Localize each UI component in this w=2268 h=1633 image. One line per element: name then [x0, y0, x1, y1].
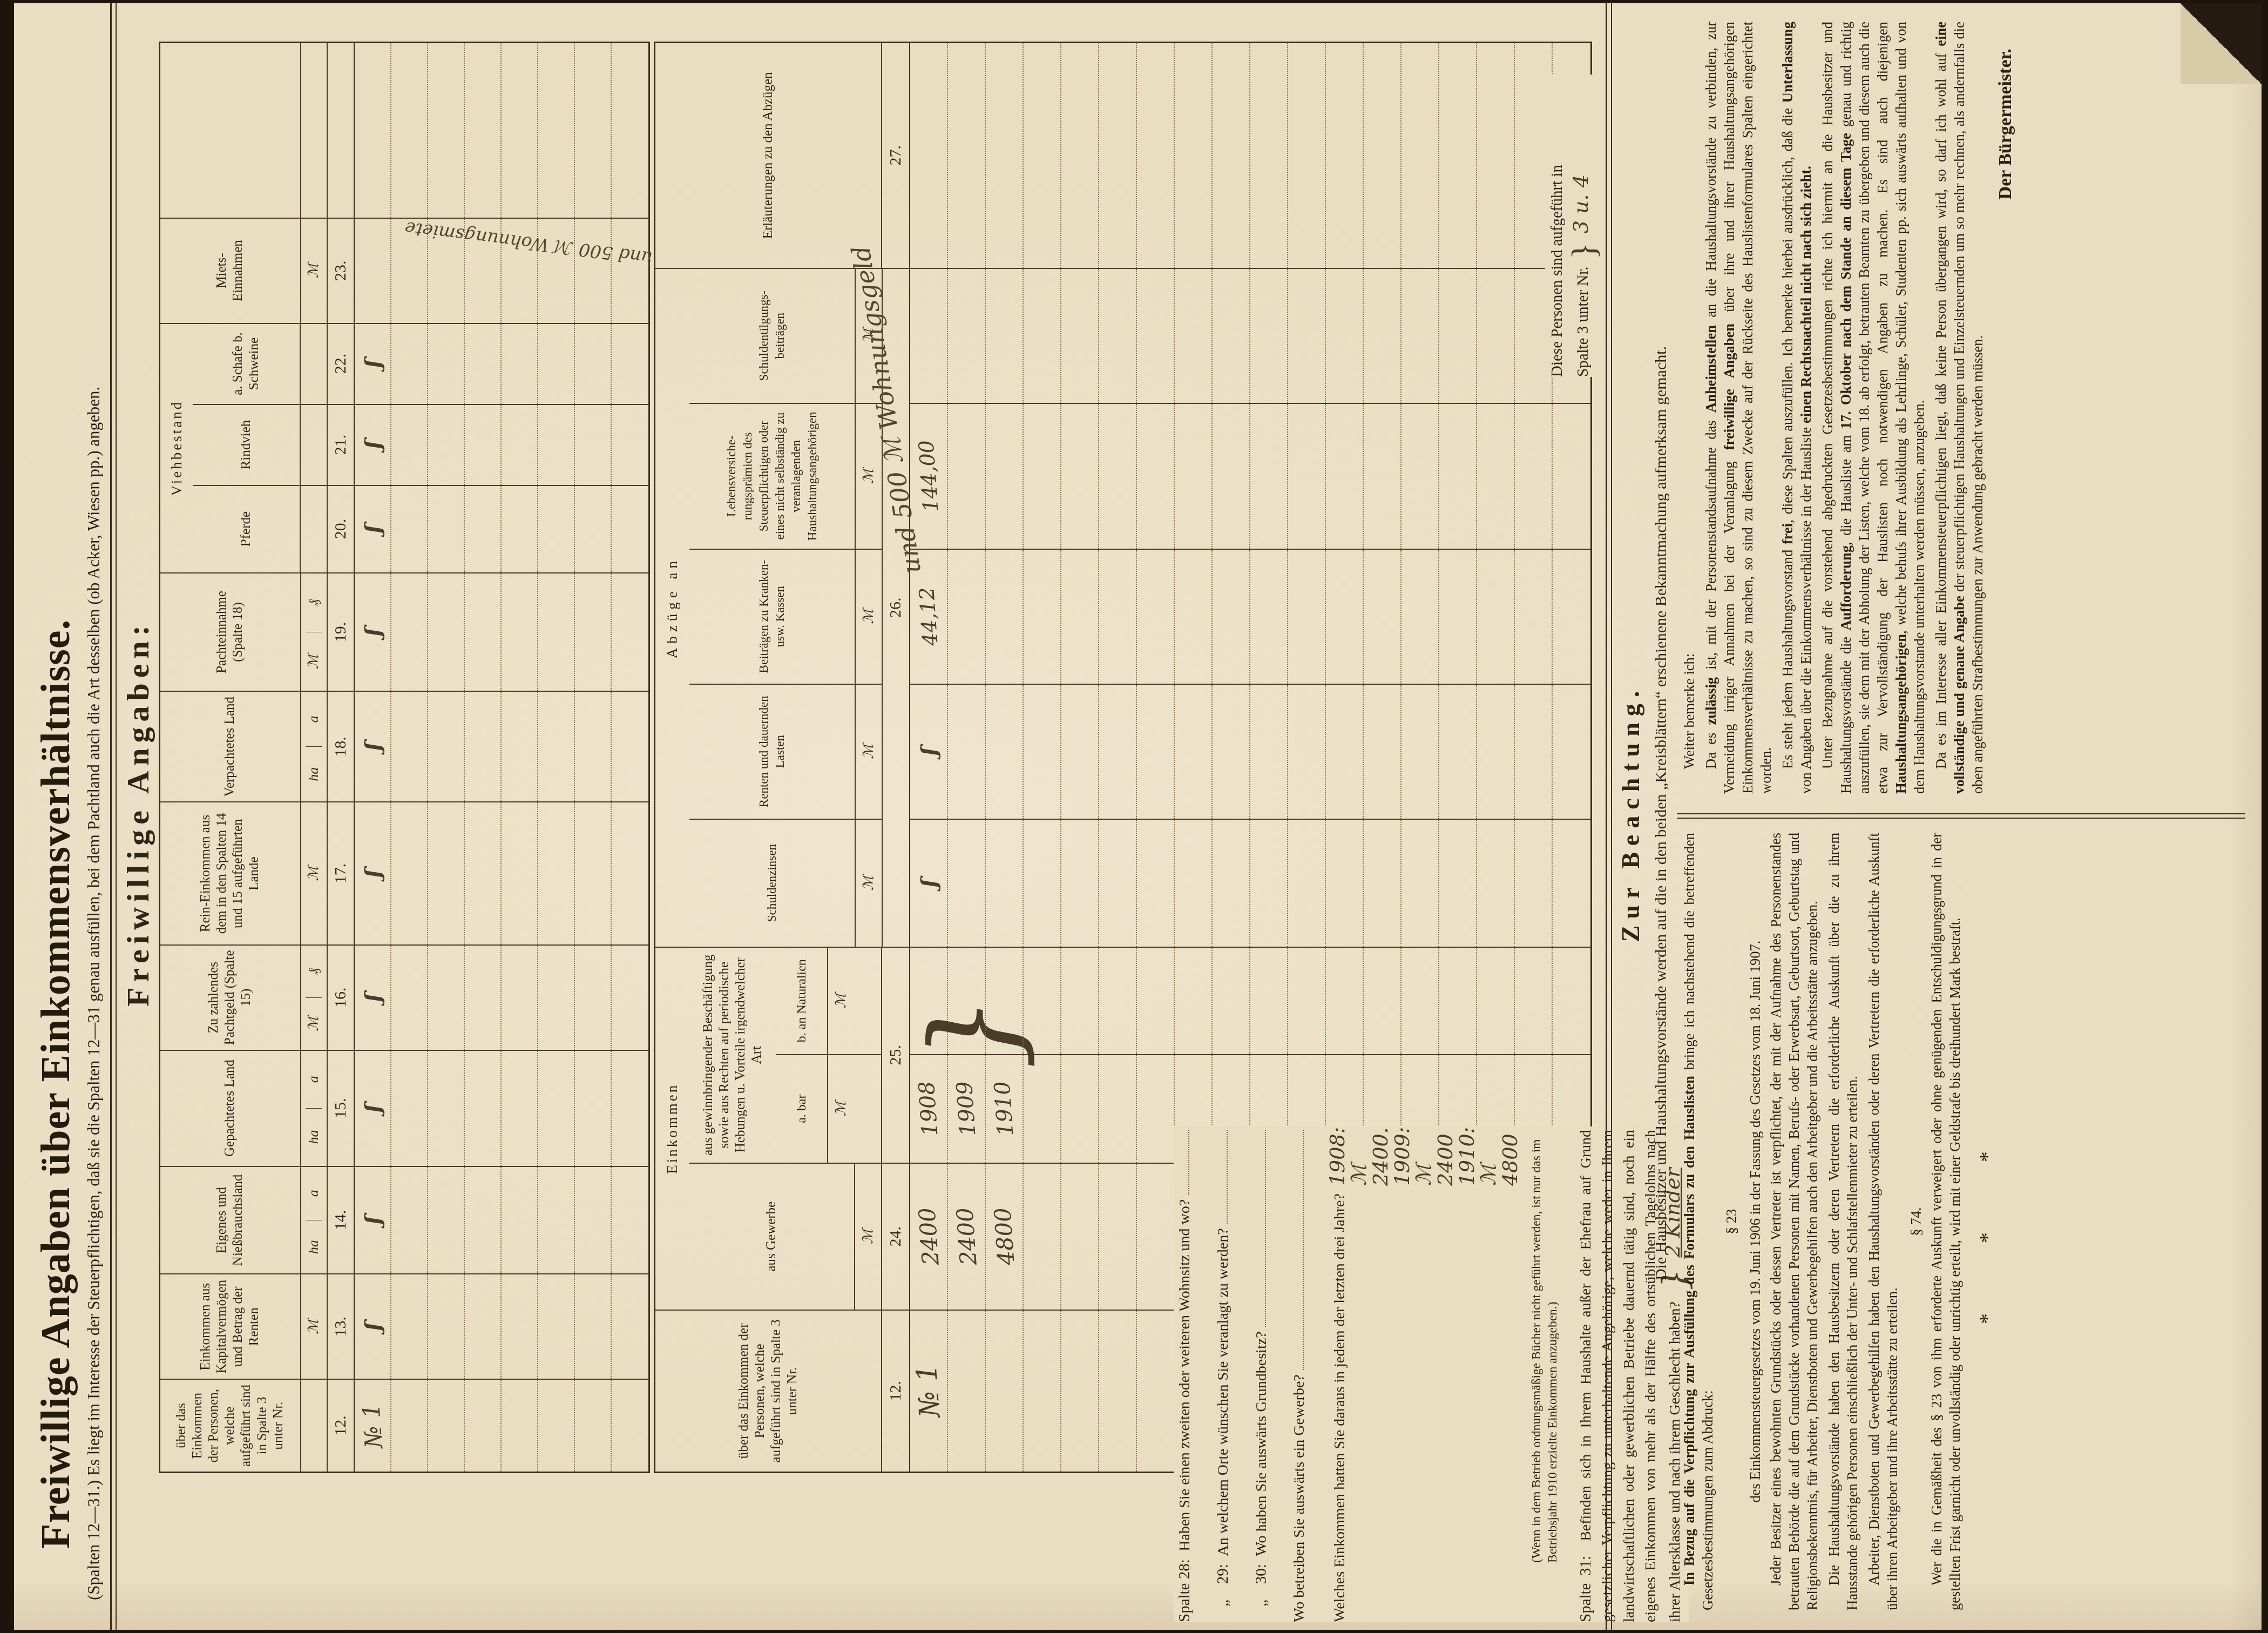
table-cell: [575, 946, 612, 1050]
table-cell: [391, 486, 428, 572]
notice-paragraph: Wer die in Gemäßheit des § 23 von ihm er…: [1927, 833, 1964, 1610]
handwritten-entry: 1910: [990, 1081, 1019, 1137]
table-cell: [1326, 269, 1364, 403]
question-line: Spalte 28: Haben Sie einen zweiten oder …: [1174, 1130, 1196, 1622]
column-26-data-stack: ʃ: [910, 820, 1590, 947]
column-units-19: ℳ₰: [300, 573, 327, 691]
column-units-21: [300, 405, 327, 485]
double-rule-notice: [1606, 3, 1612, 1630]
table-cell: [986, 820, 1024, 947]
unit-symbol: [306, 405, 322, 485]
table-cell: [575, 1167, 612, 1274]
table-cell: [1553, 550, 1590, 684]
table-cell: [1061, 1311, 1099, 1472]
signature-der-buergermeister: Der Bürgermeister.: [1996, 22, 2015, 794]
ditto-mark: ʃ: [360, 359, 385, 368]
column-26-c: Beiträgen zu Kranken- usw. Kassenℳ: [689, 550, 882, 685]
column-label-16: Zu zahlendes Pachtgeld (Spalte 15): [160, 946, 300, 1050]
column-number-19: 19.: [327, 573, 354, 691]
column-label-15: Gepachtetes Land: [160, 1051, 300, 1166]
table-cell: [575, 802, 612, 944]
table-cell: [1250, 550, 1288, 684]
table-cell: [1213, 685, 1250, 819]
table-cell: [1250, 685, 1288, 819]
table-cell: [1213, 550, 1250, 684]
column-blank: [160, 43, 648, 219]
column-17: Rein­-Einkommen aus dem in den Spalten 1…: [160, 802, 648, 946]
table-cell: [391, 1167, 428, 1274]
question-line: „ 30: Wo haben Sie auswärts Grundbesitz?: [1250, 1130, 1272, 1622]
column-units-17: ℳ: [300, 802, 327, 944]
question-text: An welchem Orte wünschen Sie veranlagt z…: [1213, 1228, 1234, 1556]
table-cell: [391, 946, 428, 1050]
handwritten-entry: № 1: [911, 1363, 947, 1419]
table-cell: [1477, 550, 1515, 684]
table-cell: [1515, 820, 1553, 947]
column-22: a. Schafe b. Schwei­ne 22.ʃ: [193, 324, 648, 405]
table-cell: [612, 1051, 648, 1166]
notice-paragraph: Weiter bemerke ich:: [1680, 22, 1698, 794]
unit-symbol: [306, 1380, 322, 1472]
notice-text-segment: , diese Spalten auszufüllen. Ich bemerke…: [1779, 103, 1796, 523]
table-cell: [612, 1380, 648, 1472]
table-cell: 4800: [986, 1164, 1024, 1310]
table-cell: [948, 948, 986, 1054]
notice-text-segment: 17. Oktober nach dem Stande an diesem Ta…: [1838, 133, 1854, 429]
table-cell: [391, 43, 428, 218]
column-26-label: Schulden­zinsen: [689, 820, 855, 947]
viehbestand-columns: Pferde 20.ʃRindvieh 21.ʃa. Schafe b. Sch…: [193, 324, 648, 572]
question-line: „ 29: An welchem Orte wünschen Sie veran…: [1212, 1130, 1234, 1622]
answer-dotted-line: [1303, 1130, 1304, 1370]
column-data-13: ʃ: [354, 1274, 648, 1379]
table-cell: [538, 1380, 575, 1472]
table-cell: [465, 802, 502, 944]
table-cell: [612, 692, 648, 801]
table-cell: [391, 1051, 428, 1166]
table-cell: [1553, 820, 1590, 947]
unit-symbol: ℳ: [306, 1274, 322, 1379]
column-data-22: ʃ: [354, 324, 648, 404]
handwritten-entry: № 1: [357, 1402, 388, 1449]
table-cell: [948, 269, 986, 403]
table-cell: ʃ: [355, 1051, 391, 1166]
table-cell: [428, 573, 465, 691]
table-cell: [1364, 685, 1402, 819]
table-cell: [502, 43, 538, 218]
ditto-mark: ʃ: [360, 742, 385, 752]
table-cell: [1402, 550, 1439, 684]
table-cell: [1288, 43, 1326, 268]
question-number: „ 30:: [1250, 1556, 1272, 1622]
column-14: Eigenes und Nieß­brauchslandhaa14.ʃ: [160, 1167, 648, 1275]
table-cell: ʃ: [355, 1167, 391, 1274]
table-cell: [1402, 404, 1439, 549]
table-cell: [538, 1167, 575, 1274]
notice-text-segment: Es steht jedem Haushaltungsvorstand: [1779, 544, 1796, 769]
ditto-mark: ʃ: [360, 993, 385, 1002]
table-cell: [1099, 550, 1137, 684]
table-cell: [1099, 685, 1137, 819]
table-cell: [465, 1380, 502, 1472]
unit-symbol: ℳ: [306, 998, 322, 1050]
table-cell: [1477, 404, 1515, 549]
column-units-22: [300, 324, 327, 404]
table-cell: [1326, 948, 1364, 1054]
table-cell: [538, 405, 575, 485]
table-cell: [1402, 820, 1439, 947]
table-cell: [502, 1380, 538, 1472]
column-25-sub-label: b. an Naturalien: [776, 948, 827, 1054]
rotated-ledger-page: Freiwillige Angaben über Einkommensverhä…: [0, 0, 2268, 1633]
column-label-19: Pachteinnahme (Spalte 18): [160, 573, 300, 691]
table-cell: [1477, 820, 1515, 947]
table-cell: [428, 1380, 465, 1472]
ditto-mark: ʃ: [916, 747, 942, 757]
table-cell: [986, 269, 1024, 403]
unit-symbol: ℳ: [833, 1055, 849, 1163]
table-cell: [465, 573, 502, 691]
column-data-16: ʃ: [354, 946, 648, 1050]
table-cell: [948, 820, 986, 947]
table-cell: [1439, 948, 1477, 1054]
table-cell: [1099, 1311, 1137, 1472]
table-cell: [502, 573, 538, 691]
form-title: Freiwillige Angaben über Einkommensverhä…: [32, 619, 79, 1549]
table-cell: [428, 802, 465, 944]
table-cell: [1137, 43, 1175, 268]
notice-text-segment: des Einkommensteuergesetzes vom 19. Juni…: [1747, 941, 1763, 1503]
form-subtitle: (Spalten 12—31.) Es liegt im Interesse d…: [84, 18, 104, 1600]
brace-icon: }: [1565, 242, 1603, 259]
table-cell: [986, 404, 1024, 549]
column-26-label: Lebensversiche­rungsprämien des Steuerpf…: [689, 404, 855, 549]
table-cell: [1364, 820, 1402, 947]
column-label-18: Verpachtetes Land: [160, 692, 300, 801]
notice-text-segment: § 23: [1723, 1209, 1739, 1234]
table-cell: [612, 1167, 648, 1274]
table-cell: [948, 404, 986, 549]
unit-symbol: ℳ: [306, 632, 322, 691]
table-cell: [612, 324, 648, 404]
unit-symbol: ℳ: [306, 219, 322, 323]
table-cell: [538, 43, 575, 218]
column-data-26e: [910, 269, 1590, 403]
ditto-mark: ʃ: [916, 878, 942, 888]
table-cell: [948, 685, 986, 819]
column-data-14: ʃ: [354, 1167, 648, 1274]
column-label-12: über das Einkommen der Personen, welche …: [160, 1380, 300, 1472]
column-data-column-27: [909, 43, 1590, 268]
table-cell: [428, 405, 465, 485]
table-cell: [538, 486, 575, 572]
table-cell: [948, 1311, 986, 1472]
column-label-20: Pferde: [193, 486, 300, 572]
table-cell: ʃ: [355, 324, 391, 404]
ditto-mark: ʃ: [360, 868, 385, 878]
column-24-units: ℳ: [854, 1164, 881, 1310]
question-text: Haben Sie einen zweiten oder weiteren Wo…: [1174, 1199, 1196, 1551]
notice-text-segment: Wer die in Gemäßheit des § 23 von ihm er…: [1928, 833, 1963, 1610]
column-units-15: haa: [300, 1051, 327, 1166]
table-cell: [1024, 685, 1061, 819]
table-cell: [1175, 404, 1213, 549]
column-data-21: ʃ: [354, 405, 648, 485]
table-cell: [910, 269, 948, 403]
viehbestand-group: ViehbestandPferde 20.ʃRindvieh 21.ʃa. Sc…: [160, 324, 648, 573]
table-cell: [1061, 685, 1099, 819]
column-18: Verpachtetes Landhaa18.ʃ: [160, 692, 648, 802]
column-27: Erläuterungen zu den Abzügen27.: [655, 43, 1590, 269]
table-cell: [538, 692, 575, 801]
column-units-20: [300, 486, 327, 572]
column-26-data-stack: ʃ: [910, 685, 1590, 820]
table-cell: [1137, 550, 1175, 684]
column2-12-label: über das Einkommen der Personen, welche …: [655, 1311, 881, 1472]
table-cell: [1364, 948, 1402, 1054]
table-cell: [612, 405, 648, 485]
table-cell: [1288, 550, 1326, 684]
column-21: Rindvieh 21.ʃ: [193, 405, 648, 486]
table-cell: [1175, 43, 1213, 268]
table-cell: [1439, 43, 1477, 268]
answer-dotted-line: [1188, 1130, 1189, 1195]
table-cell: [428, 1167, 465, 1274]
column-label-x: [160, 43, 300, 218]
table-cell: [575, 405, 612, 485]
table-cell: [948, 43, 986, 268]
notice-text-segment: von Angaben über die Einkommensverhältni…: [1798, 423, 1814, 794]
answer-dotted-line: [1265, 1130, 1266, 1327]
table-cell: [1402, 269, 1439, 403]
notice-paragraph: Da es im Interesse aller Einkommensteuer…: [1932, 22, 1987, 794]
table-cell: [1402, 948, 1439, 1054]
table-cell: [465, 692, 502, 801]
table-cell: [575, 1274, 612, 1379]
column-24-number: 24.: [881, 1164, 909, 1310]
column-26-units: ℳ: [855, 685, 882, 819]
table-cell: [1175, 685, 1213, 819]
table-cell: [1326, 550, 1364, 684]
table-cell: ʃ: [910, 820, 948, 947]
table-cell: [1477, 269, 1515, 403]
aside-line2: Spalte 3 unter Nr.: [1574, 266, 1592, 377]
notice-text-segment: In Bezug auf die Verpflichtung zur Ausfü…: [1681, 1076, 1697, 1585]
table-cell: [391, 405, 428, 485]
unit-symbol: ha: [306, 1109, 322, 1166]
table-cell: [1439, 404, 1477, 549]
table-cell: [1213, 269, 1250, 403]
column-data-20: ʃ: [354, 486, 648, 572]
column-number-21: 21.: [327, 405, 354, 485]
paper-surface: Freiwillige Angaben über Einkommensverhä…: [14, 3, 2262, 1630]
table-cell: [538, 1274, 575, 1379]
column-26-label: Renten und dauernden Lasten: [689, 685, 855, 819]
column-26-b: Renten und dauernden Lastenℳ: [689, 685, 882, 820]
table-cell: [465, 1051, 502, 1166]
ditto-mark: ʃ: [360, 1215, 385, 1225]
page-corner-fold: [2181, 3, 2262, 84]
table-cell: [465, 946, 502, 1050]
handwritten-answer: 1908: ℳ 2400. 1909: ℳ 2400 1910: ℳ 4800: [1326, 1127, 1521, 1186]
question-text: Wo betreiben Sie auswärts ein Gewerbe?: [1289, 1374, 1310, 1622]
table-cell: [1250, 948, 1288, 1054]
table-cell: [1099, 43, 1137, 268]
table-cell: [502, 946, 538, 1050]
table-cell: [1213, 820, 1250, 947]
table-cell: [1515, 948, 1553, 1054]
handwritten-entry: 44,12: [915, 586, 942, 647]
question-text: Welches Einkommen hatten Sie daraus in j…: [1329, 1193, 1351, 1622]
unit-symbol: [306, 324, 322, 404]
table-cell: [1024, 404, 1061, 549]
table-cell: [1024, 43, 1061, 268]
column-12: über das Einkommen der Personen, welche …: [160, 1380, 648, 1472]
table-cell: [465, 405, 502, 485]
table-cell: [575, 324, 612, 404]
column-25-label: aus gewinnbringender Beschäftigung sowie…: [689, 948, 776, 1163]
table-cell: [391, 802, 428, 944]
table-cell: [1099, 269, 1137, 403]
handwritten-entry: 1909: [952, 1081, 981, 1137]
notice-heading: Zur Beachtung.: [1616, 0, 1645, 1630]
table-cell: [1137, 1311, 1175, 1472]
table-cell: [1175, 820, 1213, 947]
column-label-22: a. Schafe b. Schwei­ne: [193, 324, 300, 404]
abzuege-data: ʃʃ44,12144,00: [909, 269, 1590, 947]
table-cell: 1909: [948, 1055, 986, 1163]
table-cell: ʃ: [355, 486, 391, 572]
abzuege-group-label: Abzüge an: [655, 269, 689, 947]
table-cell: [538, 324, 575, 404]
handwritten-answer-nr: 3 u. 4: [1569, 174, 1593, 233]
table-cell: [1326, 820, 1364, 947]
table-cell: [1175, 550, 1213, 684]
table-cell: ʃ: [355, 405, 391, 485]
column-24-label: aus Gewerbe: [689, 1164, 854, 1310]
column-25-sub-units: ℳ: [827, 1055, 854, 1163]
notice-text-segment: Anheimstellen: [1703, 325, 1719, 413]
column-16: Zu zahlendes Pachtgeld (Spalte 15)ℳ₰16.ʃ: [160, 946, 648, 1051]
column-number-16: 16.: [327, 946, 354, 1050]
table-cell: [1099, 404, 1137, 549]
table-cell: [1061, 948, 1099, 1054]
table-cell: [502, 1167, 538, 1274]
table-cell: [1250, 269, 1288, 403]
handwritten-entry: 4800: [989, 1207, 1019, 1266]
table-cell: [391, 324, 428, 404]
table-cell: [1515, 550, 1553, 684]
column-label-13: Einkommen aus Kapital­vermögen und Betra…: [160, 1274, 300, 1379]
notice-text-segment: Haushaltungsangehörigen: [1893, 634, 1909, 794]
scanned-book-background: Freiwillige Angaben über Einkommensverhä…: [0, 0, 2268, 1633]
notice-text-segment: * * *: [1975, 1119, 1999, 1324]
table-cell: [502, 1274, 538, 1379]
table-cell: [1250, 404, 1288, 549]
column-units-23: ℳ: [300, 219, 327, 323]
table-cell: [910, 43, 948, 268]
column-26-units: ℳ: [855, 820, 882, 947]
column-26-data-stack: [910, 269, 1590, 404]
question-line: Wo betreiben Sie auswärts ein Gewerbe?: [1289, 1130, 1310, 1622]
table-cell: [575, 43, 612, 218]
unit-symbol: ₰: [306, 946, 322, 998]
question-line: Welches Einkommen hatten Sie daraus in j…: [1326, 1130, 1521, 1622]
column-data-15: ʃ: [354, 1051, 648, 1166]
table-cell: [1099, 1055, 1137, 1163]
column-25a: a. barℳ: [776, 1055, 881, 1163]
notice-left-column: In Bezug auf die Verpflichtung zur Ausfü…: [1680, 833, 1999, 1610]
table-cell: [502, 324, 538, 404]
column2-12-number: 12.: [881, 1311, 909, 1472]
table-cell: [428, 692, 465, 801]
notice-section-heading: § 74.: [1907, 833, 1925, 1610]
table-cell: [612, 802, 648, 944]
table-cell: [1061, 820, 1099, 947]
table-cell: ʃ: [910, 685, 948, 819]
column-number-17: 17.: [327, 802, 354, 944]
column-number-13: 13.: [327, 1274, 354, 1379]
answer-dotted-line: [1227, 1130, 1228, 1224]
table-cell: [575, 1051, 612, 1166]
section-heading: Freiwillige Angaben:: [120, 0, 156, 1630]
unit-symbol: a: [306, 1167, 322, 1220]
table-cell: [1288, 685, 1326, 819]
unit-symbol: ₰: [306, 573, 322, 632]
unit-symbol: ℳ: [861, 550, 877, 684]
table-cell: [1477, 43, 1515, 268]
notice-paragraph: Jeder Besitzer eines bewohnten Grundstüc…: [1766, 833, 1822, 1610]
table-cell: [1439, 269, 1477, 403]
column-label-21: Rindvieh: [193, 405, 300, 485]
notice-text-segment: Arbeiter, Dienstboten und Gewerbegehilfe…: [1866, 833, 1900, 1610]
table-cell: 1908: [910, 1055, 948, 1163]
table-cell: [575, 573, 612, 691]
notice-paragraph: Es steht jedem Haushaltungsvorstand frei…: [1778, 22, 1815, 794]
table-cell: [1364, 43, 1402, 268]
table-cell: [428, 1274, 465, 1379]
notice-paragraph: Arbeiter, Dienstboten und Gewerbegehilfe…: [1865, 833, 1901, 1610]
unit-symbol: ℳ: [861, 685, 877, 819]
column-data-26c: 44,12: [910, 550, 1590, 684]
notice-paragraph: Unter Bezugnahme auf die vorstehend abge…: [1818, 22, 1928, 794]
table-cell: [1024, 820, 1061, 947]
notice-intro: Die Hausbesitzer und Haushaltungsvorstän…: [1652, 0, 1670, 1630]
column-data-18: ʃ: [354, 692, 648, 801]
column-units-18: haa: [300, 692, 327, 801]
table-cell: [538, 946, 575, 1050]
table-cell: [391, 573, 428, 691]
abzuege-group: Abzüge anSchulden­zinsenℳRenten und daue…: [655, 269, 1590, 948]
table-cell: [1477, 685, 1515, 819]
table-cell: [575, 1380, 612, 1472]
column-data-26a: ʃ: [910, 820, 1590, 947]
table-cell: [1137, 1164, 1175, 1310]
table-cell: [391, 692, 428, 801]
table-cell: [1288, 820, 1326, 947]
column-number-12: 12.: [327, 1380, 354, 1472]
table-cell: [465, 1274, 502, 1379]
column-26-d: Lebensversiche­rungsprämien des Steuerpf…: [689, 404, 882, 550]
notice-text-segment: freiwillige Angaben: [1721, 323, 1737, 450]
table-cell: [986, 43, 1024, 268]
table-cell: [465, 1167, 502, 1274]
notice-section-heading: § 23: [1722, 833, 1741, 1610]
table-cell: [1024, 550, 1061, 684]
column-25-sub-units: ℳ: [827, 948, 854, 1054]
table-cell: [465, 486, 502, 572]
table-cell: ʃ: [355, 573, 391, 691]
